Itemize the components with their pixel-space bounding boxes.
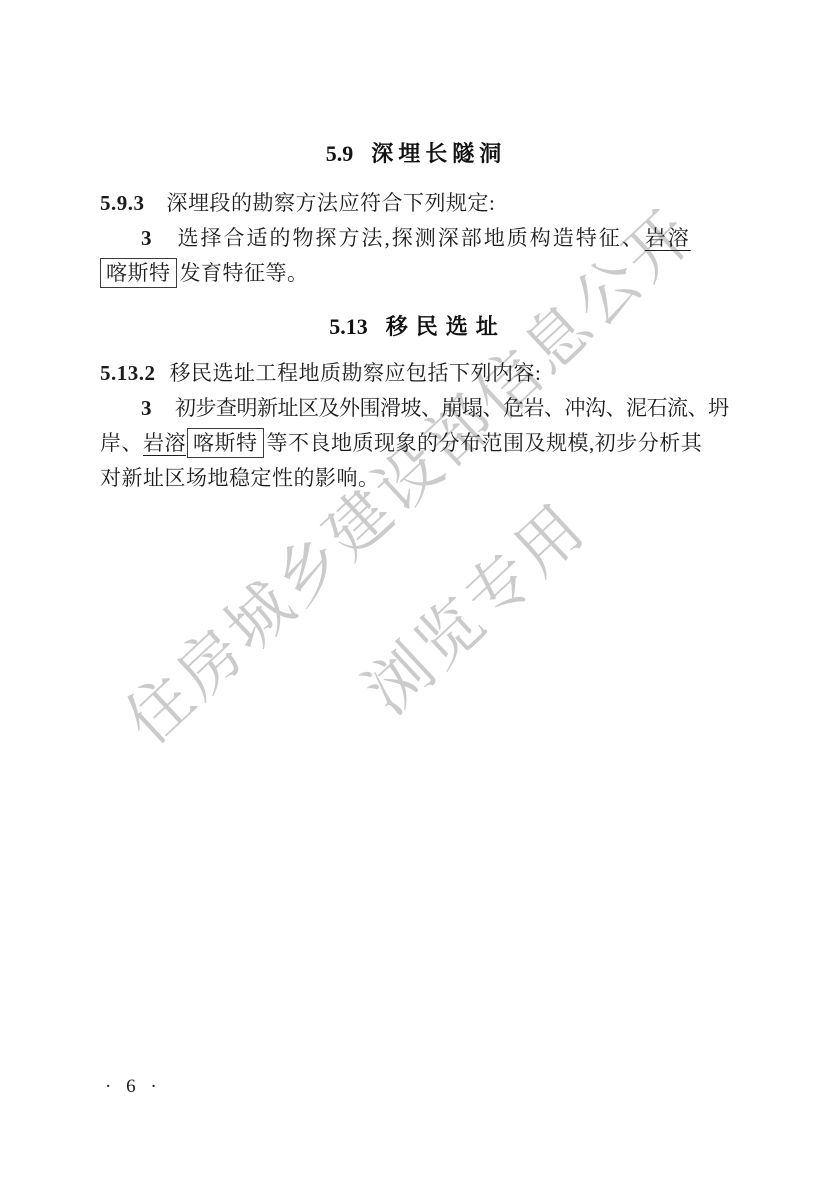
clause-5-9-3-paragraph: 5.9.3深埋段的勘察方法应符合下列规定: 3选择合适的物探方法,探测深部地质构…: [100, 186, 714, 291]
item-line-3: 对新址区场地稳定性的影响。: [100, 461, 714, 496]
clause-number: 5.9.3: [100, 191, 145, 215]
item-line-2: 岸、岩溶喀斯特等不良地质现象的分布范围及规模,初步分析其: [100, 426, 714, 461]
section-heading-number: 5.13: [329, 314, 368, 339]
clause-number-line: 5.9.3深埋段的勘察方法应符合下列规定:: [100, 186, 714, 221]
section-heading-5-9: 5.9深埋长隧洞: [0, 141, 827, 167]
section-heading-title: 移民选址: [386, 314, 506, 339]
clause-text: 深埋段的勘察方法应符合下列规定:: [167, 191, 496, 215]
boxed-term: 喀斯特: [187, 428, 264, 458]
section-heading-5-13: 5.13移民选址: [0, 314, 827, 340]
item-text: 初步查明新址区及外围滑坡、崩塌、危岩、冲沟、泥石流、坍: [175, 396, 729, 420]
clause-text: 移民选址工程地质勘察应包括下列内容:: [170, 361, 542, 385]
item-text-continued: 发育特征等。: [180, 261, 309, 285]
section-heading-number: 5.9: [326, 141, 354, 166]
item-line-2: 喀斯特发育特征等。: [100, 256, 714, 291]
underlined-term: 岩溶: [645, 226, 691, 250]
item-text-post: 等不良地质现象的分布范围及规模,初步分析其: [267, 431, 703, 455]
item-number: 3: [141, 396, 151, 420]
clause-number: 5.13.2: [100, 361, 156, 385]
item-number: 3: [141, 226, 154, 250]
boxed-term: 喀斯特: [100, 258, 177, 288]
item-text-pre: 岸、: [100, 431, 143, 455]
item-text: 选择合适的物探方法,探测深部地质构造特征、: [178, 226, 645, 250]
clause-5-13-2-paragraph: 5.13.2移民选址工程地质勘察应包括下列内容: 3初步查明新址区及外围滑坡、崩…: [100, 356, 714, 496]
page-content: 5.9深埋长隧洞 5.9.3深埋段的勘察方法应符合下列规定: 3选择合适的物探方…: [0, 0, 827, 1199]
item-text-continued: 对新址区场地稳定性的影响。: [100, 466, 380, 490]
section-heading-title: 深埋长隧洞: [371, 141, 506, 166]
underlined-term: 岩溶: [143, 431, 186, 455]
item-line-1: 3选择合适的物探方法,探测深部地质构造特征、岩溶: [100, 221, 714, 256]
clause-number-line: 5.13.2移民选址工程地质勘察应包括下列内容:: [100, 356, 714, 391]
item-line-1: 3初步查明新址区及外围滑坡、崩塌、危岩、冲沟、泥石流、坍: [100, 391, 714, 426]
page-number: · 6 ·: [105, 1076, 162, 1098]
